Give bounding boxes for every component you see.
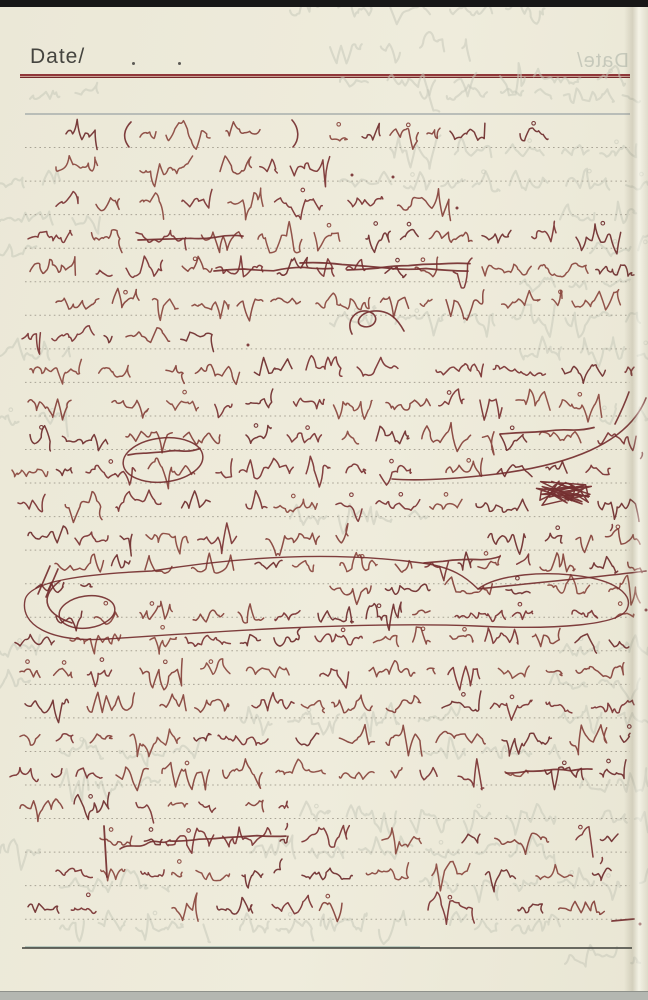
page-ink-svg [0,7,648,991]
handwriting-stroke [55,554,104,572]
handwriting-stroke [572,610,598,618]
ghost-stroke [0,245,36,257]
handwriting-stroke-diacritic [407,222,411,226]
handwriting-stroke [56,468,72,476]
strikethrough [214,267,333,271]
handwriting-stroke [306,356,342,377]
handwriting-stroke [458,552,472,570]
handwriting-stroke [348,197,383,207]
handwriting-stroke [120,534,132,556]
ghost-stroke [139,777,160,786]
handwriting-stroke-diacritic [150,602,154,606]
ghost-stroke [120,750,166,766]
ghost-stroke [534,69,581,84]
handwriting-stroke [274,629,300,647]
handwriting-stroke [532,221,556,241]
ghost-stroke [520,337,561,360]
handwriting-stroke [293,561,314,572]
handwriting-stroke [401,230,419,240]
handwriting-stroke-diacritic [100,658,104,662]
handwriting-stroke [342,431,358,444]
handwriting-stroke-diacritic [462,693,466,697]
ink-comma [610,524,612,531]
ghost-stroke-diacritic [80,738,84,742]
handwriting-stroke-diacritic [616,525,620,529]
handwriting-stroke [462,834,480,843]
handwriting-stroke-diacritic [467,459,471,463]
handwriting-stroke [386,399,430,410]
handwriting-stroke [141,870,164,877]
ghost-stroke [565,312,612,337]
ghost-stroke [203,925,210,943]
handwriting-stroke [254,358,292,376]
ruled-lines [22,114,632,948]
handwriting-stroke [198,523,237,554]
handwriting-stroke [96,198,119,211]
handwriting-stroke [22,333,40,354]
handwriting-stroke [374,636,399,647]
ghost-stroke [43,170,60,184]
handwriting-stroke [260,159,278,173]
handwriting-stroke-diacritic [510,426,514,430]
handwriting-stroke [52,326,94,341]
handwriting-stroke-diacritic [109,828,113,832]
handwriting-stroke-diacritic [390,459,394,463]
handwriting-stroke-diacritic [407,123,411,127]
handwriting-stroke-diacritic [448,895,452,899]
handwriting-stroke [140,193,164,219]
ghost-stroke-diacritic [415,309,419,313]
ghost-stroke [136,914,183,940]
handwriting-stroke [500,435,527,451]
handwriting-stroke [485,628,518,644]
ghost-stroke [560,205,595,221]
handwriting-stroke [140,132,156,139]
handwriting-stroke-diacritic [109,460,113,464]
handwriting-stroke [446,458,482,476]
ghost-stroke [420,737,465,758]
ghost-stroke-diacritic [288,913,292,917]
handwriting-stroke [590,557,618,574]
handwriting-stroke-diacritic [149,828,153,832]
handwriting-stroke [480,399,502,420]
handwriting-stroke [104,336,112,343]
handwriting-stroke [12,469,48,476]
handwriting-stroke [193,610,224,622]
handwriting-stroke [315,634,362,645]
handwriting-stroke [183,432,220,444]
handwriting-stroke-diacritic [87,893,91,897]
lasso-loop [24,556,628,639]
ghost-stroke [419,703,461,722]
ghost-stroke [411,810,450,833]
handwriting-stroke [316,293,370,309]
ghost-stroke-diacritic [607,874,611,878]
handwriting-stroke [366,231,390,252]
handwriting-stroke [483,432,495,455]
handwriting-stroke [20,735,40,745]
handwriting-stroke [415,257,437,277]
handwriting-stroke [436,364,483,377]
ghost-stroke [240,913,269,932]
handwriting-stroke [275,198,323,219]
handwriting-stroke [429,231,472,242]
handwriting-stroke [380,466,411,486]
handwriting-stroke [395,561,412,572]
handwriting-stroke [112,555,131,568]
handwriting-stroke [502,291,540,308]
handwriting-stroke [593,868,612,880]
handwriting-stroke-diacritic [209,660,213,664]
ghost-stroke [404,172,431,189]
handwriting-stroke-diacritic [292,494,296,498]
handwriting-stroke-diacritic [484,552,488,556]
handwriting-stroke [274,859,282,873]
handwriting-stroke [217,898,253,915]
ghost-stroke [581,337,625,366]
handwriting-stroke [182,491,211,508]
handwriting-stroke [306,456,330,487]
handwriting-stroke [266,533,319,555]
ghost-stroke [509,836,556,866]
ghost-stroke [560,642,599,656]
handwriting-stroke [194,734,211,741]
handwriting-stroke [146,533,188,553]
handwriting-stroke [96,270,112,276]
ghost-stroke-diacritic [411,173,415,177]
handwriting-stroke-diacritic [421,627,425,631]
ghost-stroke [510,171,548,190]
handwriting-stroke [320,669,349,688]
ghost-stroke [162,886,170,892]
handwriting-stroke-diacritic [327,223,331,227]
handwriting-stroke-diacritic [421,258,425,262]
handwriting-stroke [70,634,121,654]
handwriting-stroke [559,901,605,914]
handwriting-stroke [148,458,194,489]
handwriting-stroke [450,635,473,642]
handwriting-stroke [195,700,229,713]
handwriting-stroke-diacritic [396,258,400,262]
ghost-stroke [338,7,374,17]
ghost-stroke [482,746,531,758]
handwriting-stroke [28,231,72,243]
handwriting-stroke [376,426,409,443]
ghost-stroke [0,339,49,360]
handwriting-stroke [150,638,176,655]
handwriting-stroke [533,629,561,647]
handwriting-stroke [126,256,162,277]
handwriting-stroke-diacritic [601,221,605,225]
handwriting-stroke-diacritic [399,493,403,497]
handwriting-stroke [65,492,102,523]
ghost-stroke-diacritic [477,804,481,808]
handwriting-stroke-diacritic [463,628,467,632]
handwriting-stroke [195,365,239,385]
handwriting-stroke [413,610,430,614]
ghost-stroke-diacritic [9,408,13,412]
handwriting-stroke [446,290,484,320]
ghost-stroke-diacritic [570,871,574,875]
handwriting-stroke [366,863,408,880]
handwriting-stroke [271,298,300,304]
handwriting-stroke [381,297,409,318]
strikethrough [170,836,286,841]
ghost-stroke [558,868,594,888]
ghost-stroke [454,73,476,97]
ghost-stroke [0,670,30,688]
paper: Date/ Date/ [0,7,648,991]
handwriting-stroke [185,636,230,647]
handwriting-stroke [71,908,96,913]
handwriting-stroke [223,759,262,788]
handwriting-stroke-diacritic [254,424,258,428]
handwriting-stroke-diacritic [579,825,583,829]
ghost-stroke [390,7,430,24]
handwriting-stroke-diacritic [337,123,341,127]
handwriting-stroke-diacritic [306,426,310,430]
ghost-stroke [30,91,59,99]
ghost-stroke [600,811,627,823]
handwriting-stroke [30,257,75,275]
handwriting-stroke [99,366,130,377]
ink-annotations [24,120,646,921]
ghost-stroke [60,878,112,892]
handwriting-stroke [172,893,198,921]
handwriting-stroke [302,868,352,879]
ghost-stroke-diacritic [354,309,358,313]
handwriting-stroke [126,328,170,343]
handwriting-stroke [538,263,588,277]
ghost-stroke [240,707,272,735]
handwriting-stroke [192,301,229,319]
handwriting-stroke [246,389,273,408]
ghost-stroke [72,216,100,234]
ink-comma [600,857,602,864]
handwriting-stroke [520,128,548,141]
handwriting-stroke [168,803,187,807]
ghost-stroke-diacritic [153,911,157,915]
small-circled-word [57,592,117,631]
handwriting-stroke [54,668,72,677]
page-edge-shadow [624,7,648,991]
handwriting-stroke [600,760,626,779]
ghost-stroke [60,740,103,759]
ghost-stroke [340,172,391,187]
handwriting-stroke [276,759,325,774]
handwriting-stroke-diacritic [26,660,30,664]
handwriting-stroke [30,359,81,384]
ghost-stroke-diacritic [613,240,617,244]
handwriting-stroke [166,366,184,384]
handwriting-stroke-diacritic [350,493,354,497]
strikethrough [138,235,243,240]
handwriting-stroke-diacritic [374,222,378,226]
ghost-stroke [381,44,400,63]
ghost-stroke [520,277,555,292]
handwriting-stroke [490,700,532,720]
ghost-stroke-diacritic [315,804,319,808]
handwriting-stroke [140,601,172,619]
ghost-stroke [276,920,313,941]
ghost-stroke [99,911,126,931]
handwriting-stroke [275,611,300,621]
handwriting-stroke-diacritic [187,829,191,833]
handwriting-stroke [330,586,371,604]
handwriting-stroke [540,553,575,572]
handwriting-stroke [600,834,618,842]
handwriting-stroke-diacritic [185,761,189,765]
handwriting-stroke [518,904,543,913]
handwriting-stroke [436,731,485,743]
handwriting-stroke [140,659,182,690]
handwriting-stroke [572,290,620,310]
handwriting-stroke [252,693,294,711]
ghost-stroke [290,7,319,15]
handwriting-stroke [160,694,186,711]
handwriting-stroke [445,577,492,594]
handwriting-stroke-diacritic [516,576,520,580]
handwriting-stroke [239,458,293,478]
ghost-stroke [120,870,147,889]
ghost-stroke [564,88,614,103]
ghost-stroke [562,145,589,155]
ghost-stroke [580,778,610,792]
ghost-stroke [450,7,492,15]
handwriting-stroke [422,423,471,452]
handwriting-stroke-diacritic [578,393,582,397]
ghost-stroke [408,511,427,519]
ghost-stroke [0,415,19,425]
handwriting-stroke [238,604,264,623]
handwriting-stroke [90,734,112,743]
handwriting-stroke [56,298,99,309]
handwriting-stroke [570,725,607,755]
handwriting-stroke [56,734,73,743]
open-paren [125,122,131,147]
handwriting-stroke [476,499,528,512]
handwriting-stroke [246,800,264,811]
handwriting-stroke [346,464,366,473]
handwriting-stroke [486,870,516,892]
ghost-stroke [450,912,467,925]
handwriting-stroke [516,389,550,410]
ghost-stroke [390,136,440,169]
handwriting-stroke [330,136,347,141]
handwriting-stroke [302,826,349,848]
handwriting-stroke [455,611,505,622]
handwriting-stroke [130,729,180,757]
ghost-stroke [603,882,620,900]
ghost-stroke [39,403,68,436]
handwriting-stroke [432,861,470,890]
handwriting-stroke [301,701,324,713]
handwriting-stroke [540,432,581,443]
handwriting-stroke-diacritic [518,602,522,606]
handwriting-stroke [376,500,420,511]
ghost-stroke [420,32,444,51]
handwriting-stroke [86,465,135,485]
handwriting-stroke-diacritic [161,626,165,630]
handwriting-stroke [546,702,572,713]
handwriting-stroke [340,553,377,572]
handwriting-stroke-diacritic [510,695,514,699]
ink-comma [285,823,287,830]
ghost-stroke [0,212,53,225]
ghost-stroke [441,179,465,188]
ghost-stroke [475,920,498,932]
handwriting-stroke [172,872,182,877]
handwriting-stroke [112,400,148,418]
handwriting-stroke [559,395,601,422]
handwriting-stroke [398,189,451,221]
handwriting-stroke [216,256,263,277]
handwriting-stroke [498,666,529,678]
handwriting-stroke [430,499,462,509]
handwriting-stroke-diacritic [104,601,108,605]
handwriting-stroke [240,635,260,646]
handwriting-stroke [220,156,251,174]
handwriting-stroke [196,871,230,881]
handwriting-stroke [74,793,109,820]
handwriting-stroke-diacritic [341,628,345,632]
ghost-stroke [507,804,556,835]
handwriting-stroke [92,230,123,253]
ghost-stroke [535,89,551,99]
handwriting-stroke [52,769,62,777]
handwriting-stroke [296,733,319,745]
ghost-stroke [506,144,544,156]
ghost-stroke-diacritic [588,169,592,173]
ghost-stroke [464,811,491,835]
handwriting-stroke [10,768,38,782]
handwriting-stroke [512,611,532,619]
handwriting-stroke-diacritic [178,860,182,864]
tall-stroke [104,826,107,877]
handwriting-stroke [366,602,401,630]
handwriting-stroke [482,264,531,276]
handwriting-stroke [18,494,45,511]
handwriting [10,119,648,925]
handwriting-stroke [482,230,511,243]
handwriting-stroke [153,299,179,321]
handwriting-stroke [81,584,92,587]
handwriting-stroke-diacritic [164,660,168,664]
handwriting-stroke-diacritic [301,188,305,192]
handwriting-stroke [140,156,193,187]
handwriting-stroke [439,389,464,406]
ink-dot [456,207,459,210]
handwriting-stroke [56,156,98,171]
ghost-stroke [288,712,339,735]
ghost-stroke [426,849,459,858]
handwriting-stroke [493,365,545,375]
handwriting-stroke [201,659,230,674]
handwriting-stroke-diacritic [40,426,44,430]
scan-bottom-edge [0,991,648,1000]
ghost-stroke [514,878,538,891]
handwriting-stroke [182,189,212,208]
handwriting-stroke [506,590,530,594]
handwriting-stroke [56,192,78,207]
ghost-stroke [512,304,555,337]
ghost-stroke [462,39,470,61]
handwriting-stroke-diacritic [447,391,451,395]
ghost-stroke-diacritic [615,140,619,144]
close-paren [292,120,298,147]
handwriting-stroke [25,699,68,722]
handwriting-stroke [199,802,216,812]
